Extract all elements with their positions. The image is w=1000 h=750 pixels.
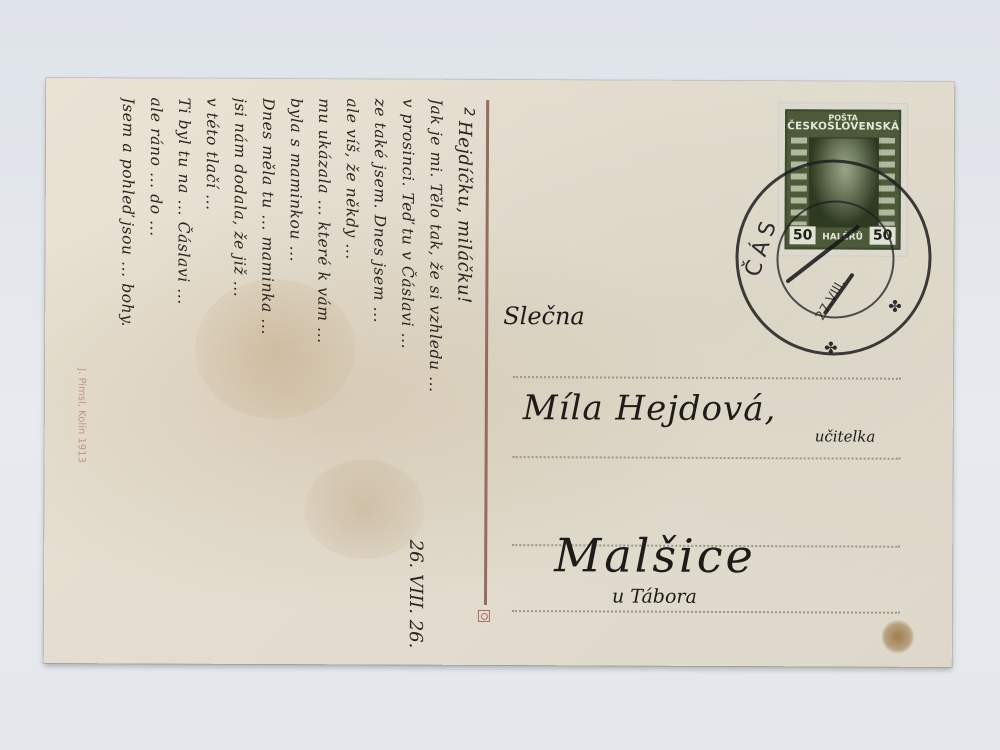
star-ornament-icon: ✤ [888,297,901,316]
address-name: Míla Hejdová, [523,388,777,429]
address-line [513,376,901,380]
address-line [512,610,900,614]
postcard: Hejdíčku, miláčku! Jak je mi. Tělo tak, … [44,78,955,667]
age-stain [882,620,914,654]
message-line: Jsem a pohleď jsou ... bohy. [112,97,142,651]
page-number: 2 [461,107,477,116]
publisher-imprint: J. Pimsl, Kolín 1913 [76,368,87,463]
address-salutation: Slečna [503,302,585,330]
message-line: ze také jsem. Dnes jsem ... [364,98,394,652]
message-line: v této tlačí ... [196,98,226,652]
publisher-logo-icon [478,610,490,622]
address-town: Malšice [554,528,756,583]
postmark: ČÁS 27.VIII. ✤ ✤ [735,159,932,356]
message-greeting: Hejdíčku, miláčku! [448,99,478,653]
message-line: jsi nám dodala, že již ... [224,98,254,652]
address-title: učitelka [815,427,876,445]
star-ornament-icon: ✤ [824,338,837,357]
message-line: Dnes měla tu ... maminka ... [252,98,282,652]
stamp-country-line2: ČESKOSLOVENSKÁ [787,122,899,131]
message-line: mu ukázala ... které k vám ... [308,98,338,652]
message-line: byla s maminkou ... [280,98,310,652]
message-line: Ti byl tu na ... Čáslavi ... [168,98,198,652]
address-region: u Tábora [612,585,697,607]
message-date: 26. VIII. 26. [405,540,426,649]
message-line: ale ráno ... do ... [140,97,170,651]
message-line: ale víš, že někdy ... [336,98,366,652]
stamp-country: POŠTA ČESKOSLOVENSKÁ [787,113,899,131]
address-line [513,456,901,460]
